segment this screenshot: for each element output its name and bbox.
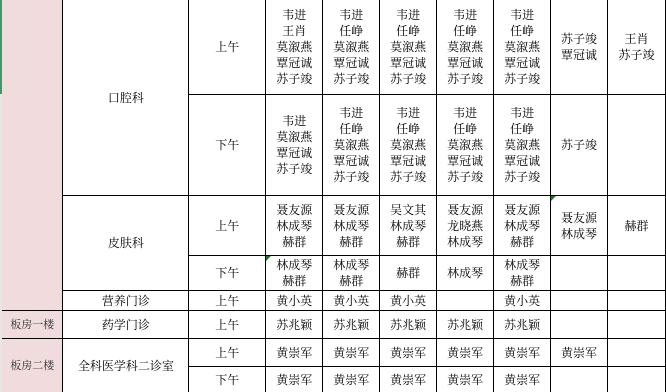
schedule-cell[interactable]: 黄崇军 (266, 339, 323, 367)
schedule-cell[interactable]: 林成琴 赫群 (323, 256, 380, 291)
schedule-cell[interactable]: 韦进 任峥 莫溆燕 覃冠诚 苏子竣 (323, 0, 380, 95)
schedule-cell[interactable]: 聂友源 林成琴 赫群 (266, 196, 323, 256)
schedule-cell[interactable]: 苏兆颖 (323, 311, 380, 339)
period-cell[interactable]: 上午 (189, 339, 266, 367)
location-cell[interactable]: 板房一楼 (2, 311, 63, 339)
period-cell[interactable]: 下午 (189, 367, 266, 392)
schedule-cell[interactable]: 苏子竣 覃冠诚 (551, 0, 608, 95)
cell-text: 聂友源 林成琴 (561, 211, 597, 241)
schedule-cell[interactable] (608, 95, 666, 196)
schedule-cell[interactable]: 韦进 任峥 莫溆燕 覃冠诚 苏子竣 (494, 95, 551, 196)
department-cell[interactable]: 皮肤科 (63, 196, 189, 291)
period-cell[interactable]: 上午 (189, 0, 266, 95)
schedule-cell[interactable] (608, 339, 666, 367)
schedule-table: 口腔科 上午 韦进 王肖 莫溆燕 覃冠诚 苏子竣 韦进 任峥 莫溆燕 覃冠诚 苏… (2, 0, 666, 392)
schedule-cell[interactable]: 韦进 任峥 莫溆燕 覃冠诚 苏子竣 (380, 0, 437, 95)
schedule-cell[interactable]: 苏兆颖 (380, 311, 437, 339)
schedule-cell[interactable]: 黄崇军 (380, 339, 437, 367)
comment-marker-icon (266, 256, 271, 261)
schedule-cell[interactable]: 苏兆颖 (494, 311, 551, 339)
schedule-cell[interactable]: 韦进 任峥 莫溆燕 覃冠诚 苏子竣 (437, 95, 494, 196)
period-cell[interactable]: 上午 (189, 196, 266, 256)
schedule-cell[interactable]: 林成琴 赫群 (266, 256, 323, 291)
schedule-cell[interactable]: 聂友源 林成琴 (551, 196, 608, 256)
schedule-cell[interactable]: 韦进 任峥 莫溆燕 覃冠诚 苏子竣 (494, 0, 551, 95)
department-cell[interactable]: 全科医学科二诊室 (63, 339, 189, 392)
schedule-cell[interactable]: 林成琴 (437, 256, 494, 291)
cell-text: 林成琴 赫群 (276, 258, 312, 288)
schedule-cell[interactable]: 赫群 (608, 196, 666, 256)
comment-marker-icon (551, 196, 556, 201)
schedule-cell[interactable] (608, 291, 666, 311)
schedule-cell[interactable]: 聂友源 林成琴 赫群 (494, 196, 551, 256)
schedule-cell[interactable]: 黄崇军 (266, 367, 323, 392)
schedule-cell[interactable]: 吴文其 林成琴 赫群 (380, 196, 437, 256)
schedule-cell[interactable]: 林成琴 赫群 (494, 256, 551, 291)
department-cell[interactable]: 口腔科 (63, 0, 189, 196)
period-cell[interactable]: 下午 (189, 95, 266, 196)
schedule-cell[interactable]: 黄崇军 (323, 367, 380, 392)
schedule-cell[interactable]: 黄崇军 (494, 367, 551, 392)
schedule-cell[interactable] (608, 256, 666, 291)
schedule-cell[interactable]: 黄小英 (266, 291, 323, 311)
schedule-cell[interactable]: 聂友源 龙晓燕 林成琴 (437, 196, 494, 256)
schedule-cell[interactable]: 黄小英 (494, 291, 551, 311)
schedule-cell[interactable]: 黄崇军 (380, 367, 437, 392)
location-cell[interactable]: 板房二楼 (2, 339, 63, 392)
location-cell[interactable] (2, 0, 63, 311)
schedule-cell[interactable]: 黄崇军 (323, 339, 380, 367)
period-cell[interactable]: 上午 (189, 311, 266, 339)
schedule-cell[interactable] (551, 367, 608, 392)
department-cell[interactable]: 药学门诊 (63, 311, 189, 339)
schedule-cell[interactable]: 苏兆颖 (437, 311, 494, 339)
schedule-cell[interactable] (437, 291, 494, 311)
schedule-cell[interactable]: 聂友源 林成琴 赫群 (323, 196, 380, 256)
schedule-cell[interactable]: 黄崇军 (437, 367, 494, 392)
schedule-cell[interactable] (551, 256, 608, 291)
schedule-cell[interactable]: 韦进 任峥 莫溆燕 覃冠诚 苏子竣 (380, 95, 437, 196)
schedule-cell[interactable]: 赫群 (380, 256, 437, 291)
period-cell[interactable]: 上午 (189, 291, 266, 311)
department-cell[interactable]: 营养门诊 (63, 291, 189, 311)
schedule-cell[interactable]: 韦进 王肖 莫溆燕 覃冠诚 苏子竣 (266, 0, 323, 95)
schedule-cell[interactable]: 韦进 莫溆燕 覃冠诚 苏子竣 (266, 95, 323, 196)
schedule-cell[interactable]: 苏兆颖 (266, 311, 323, 339)
schedule-cell[interactable]: 黄崇军 (551, 339, 608, 367)
schedule-cell[interactable]: 韦进 任峥 莫溆燕 覃冠诚 苏子竣 (323, 95, 380, 196)
schedule-cell[interactable]: 韦进 任峥 莫溆燕 覃冠诚 苏子竣 (437, 0, 494, 95)
schedule-cell[interactable] (608, 367, 666, 392)
schedule-cell[interactable]: 王肖 苏子竣 (608, 0, 666, 95)
schedule-cell[interactable]: 苏子竣 (551, 95, 608, 196)
period-cell[interactable]: 下午 (189, 256, 266, 291)
schedule-cell[interactable] (551, 311, 608, 339)
schedule-cell[interactable] (551, 291, 608, 311)
schedule-cell[interactable]: 黄小英 (323, 291, 380, 311)
schedule-cell[interactable] (608, 311, 666, 339)
schedule-cell[interactable]: 黄崇军 (437, 339, 494, 367)
schedule-cell[interactable]: 黄崇军 (494, 339, 551, 367)
schedule-cell[interactable]: 黄小英 (380, 291, 437, 311)
